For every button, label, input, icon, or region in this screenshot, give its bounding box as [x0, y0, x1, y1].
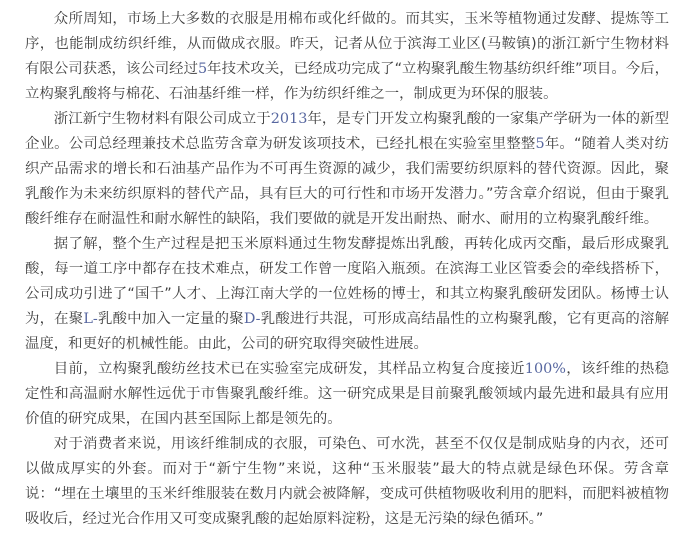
paragraph-consumer: 对于消费者来说，用该纤维制成的衣服，可染色、可水洗，甚至不仅仅是制成贴身的内衣，… [25, 432, 669, 532]
paragraph-results: 目前，立构聚乳酸纺丝技术已在实验室完成研发，其样品立构复合度接近100%，该纤维… [25, 357, 669, 432]
paragraph-process: 据了解，整个生产过程是把玉米原料通过生物发酵提炼出乳酸，再转化成丙交酯，最后形成… [25, 232, 669, 357]
article-page: 众所周知，市场上大多数的衣服是用棉布或化纤做的。而其实，玉米等植物通过发酵、提炼… [0, 0, 676, 533]
paragraph-company: 浙江新宁生物材料有限公司成立于2013年，是专门开发立构聚乳酸的一家集产学研为一… [25, 107, 669, 232]
paragraph-intro: 众所周知，市场上大多数的衣服是用棉布或化纤做的。而其实，玉米等植物通过发酵、提炼… [25, 7, 669, 107]
